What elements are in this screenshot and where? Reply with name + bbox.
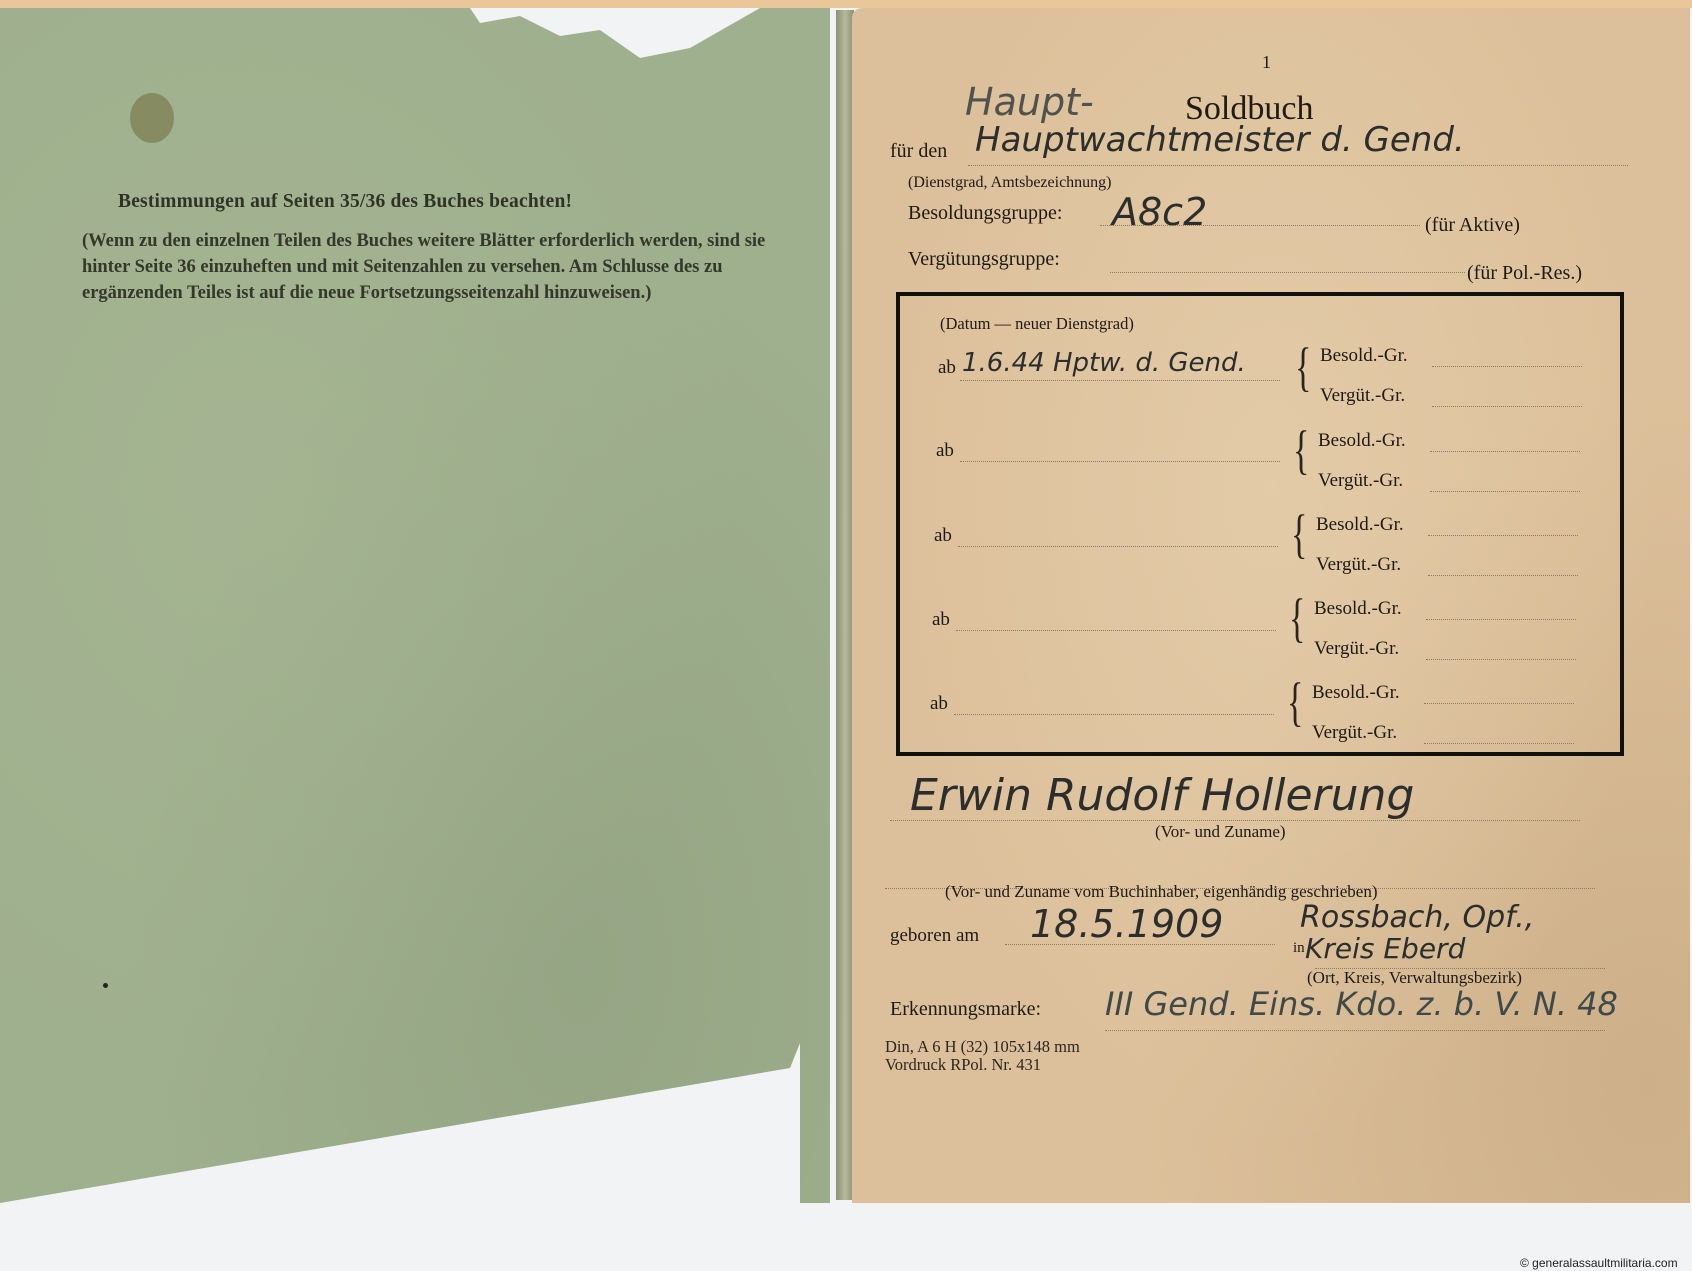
promotion-row-dotted-line [956,630,1276,631]
birth-date-handwritten: 18.5.1909 [1030,902,1223,946]
promotion-row-ab: ab [936,440,954,462]
verguet-gr-label: Vergüt.-Gr. [1312,722,1397,744]
besold-gr-dotted-line [1424,703,1574,704]
regulations-paragraph: (Wenn zu den einzelnen Teilen des Buches… [82,228,782,306]
rank-dotted-line [968,165,1628,166]
rank-handwritten: Hauptwachtmeister d. Gend. [975,120,1465,160]
scan-top-edge [0,0,1692,8]
besold-gr-label: Besold.-Gr. [1318,430,1406,452]
page-number: 1 [1262,52,1271,73]
left-page-inside-cover: Bestimmungen auf Seiten 35/36 des Buches… [0,8,830,1203]
brace-icon: { [1291,509,1307,563]
verguetungsgruppe-label: Vergütungsgruppe: [908,248,1060,271]
verguetungsgruppe-dotted-line [1110,272,1465,273]
promotion-row-ab: ab [932,609,950,631]
din-line: Din, A 6 H (32) 105x148 mm [885,1038,1080,1056]
in-label: in [1293,940,1305,957]
verguet-gr-dotted-line [1424,743,1574,744]
verguet-gr-label: Vergüt.-Gr. [1316,554,1401,576]
besold-gr-dotted-line [1430,451,1580,452]
title-handwritten-prefix: Haupt- [965,80,1094,124]
besoldungsgruppe-value: A8c2 [1112,190,1207,234]
stain-mark [130,93,174,143]
birthplace-line2-handwritten: Kreis Eberd [1305,932,1465,965]
promotion-row-dotted-line [958,546,1278,547]
erkennungsmarke-dotted-line [1105,1030,1605,1031]
promotion-row-ab: ab [930,693,948,715]
holder-name-handwritten: Erwin Rudolf Hollerung [910,770,1414,821]
promotion-row-dotted-line [960,461,1280,462]
promotion-row-ab: ab [938,357,956,379]
dienstgrad-caption: (Dienstgrad, Amtsbezeichnung) [908,174,1112,192]
promotion-row-dotted-line [960,380,1280,381]
vordruck-line: Vordruck RPol. Nr. 431 [885,1056,1080,1074]
promotion-box-caption: (Datum — neuer Dienstgrad) [940,314,1134,334]
besold-gr-label: Besold.-Gr. [1316,514,1404,536]
besold-gr-label: Besold.-Gr. [1320,345,1408,367]
regulations-heading: Bestimmungen auf Seiten 35/36 des Buches… [118,191,572,213]
form-footer: Din, A 6 H (32) 105x148 mm Vordruck RPol… [885,1038,1080,1074]
name-caption: (Vor- und Zuname) [1155,822,1286,842]
signature-caption: (Vor- und Zuname vom Buchinhaber, eigenh… [945,882,1378,902]
verguet-gr-dotted-line [1432,406,1582,407]
fuer-polres-label: (für Pol.-Res.) [1467,262,1582,285]
promotion-row-ab: ab [934,525,952,547]
verguet-gr-label: Vergüt.-Gr. [1314,638,1399,660]
ink-dot [103,983,108,988]
besold-gr-label: Besold.-Gr. [1312,682,1400,704]
geboren-label: geboren am [890,925,979,947]
besold-gr-label: Besold.-Gr. [1314,598,1402,620]
brace-icon: { [1295,342,1311,396]
besold-gr-dotted-line [1426,619,1576,620]
besoldungsgruppe-label: Besoldungsgruppe: [908,202,1062,225]
erkennungsmarke-handwritten: III Gend. Eins. Kdo. z. b. V. N. 48 [1105,985,1618,1023]
besold-gr-dotted-line [1428,535,1578,536]
promotion-row-entry: 1.6.44 Hptw. d. Gend. [962,348,1246,378]
verguet-gr-dotted-line [1428,575,1578,576]
erkennungsmarke-label: Erkennungsmarke: [890,998,1041,1021]
verguet-gr-dotted-line [1426,659,1576,660]
fuer-den-label: für den [890,140,947,163]
birth-date-dotted-line [1005,944,1275,945]
brace-icon: { [1287,677,1303,731]
birthplace-line1-handwritten: Rossbach, Opf., [1300,900,1534,935]
promotion-row-dotted-line [954,714,1274,715]
besold-gr-dotted-line [1432,366,1582,367]
brace-icon: { [1293,425,1309,479]
verguet-gr-label: Vergüt.-Gr. [1318,470,1403,492]
name-dotted-line [890,820,1580,821]
verguet-gr-label: Vergüt.-Gr. [1320,385,1405,407]
watermark-copyright: © generalassaultmilitaria.com [1520,1256,1678,1270]
verguet-gr-dotted-line [1430,491,1580,492]
brace-icon: { [1289,593,1305,647]
besoldungsgruppe-dotted-line [1100,225,1420,226]
fuer-aktive-label: (für Aktive) [1425,214,1520,237]
